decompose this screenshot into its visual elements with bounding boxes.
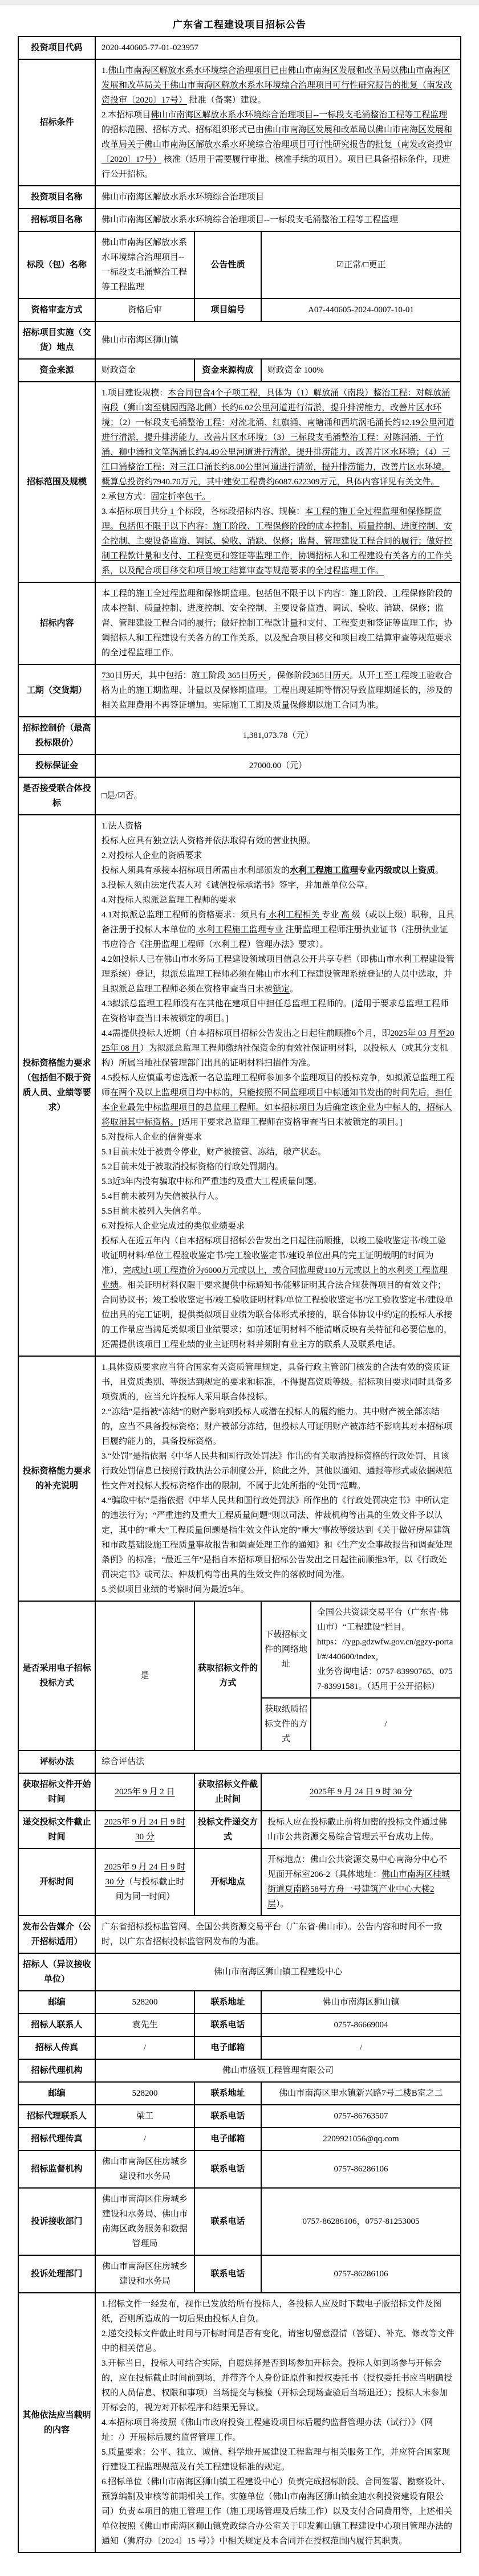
- doc-obtain-time-value1: 2025年 9 月 2 日: [95, 1773, 194, 1811]
- bid-opening-value1: 2025年 9 月 24 日 9 时 30 分（与投标截止时间为同一时间）: [95, 1848, 194, 1916]
- paragraph: 5.质量要求：公平、独立、诚信、科学地开展建设工程监理与相关服务工作，并应符合国…: [102, 2445, 454, 2475]
- electronic-bidding-label2: 获取招标文件的方式: [194, 1601, 261, 1750]
- supervision-agency-label: 招标监督机构: [18, 2150, 95, 2188]
- evaluation-method-value: 综合评估法: [95, 1750, 461, 1773]
- top-gray-strip: [0, 0, 479, 5]
- accept-consortium-value: □是/☑否。: [95, 777, 461, 815]
- paragraph: 3.“处罚”是指依据《中华人民共和国行政处罚法》作出的有关取消投标资格的行政处罚…: [102, 1449, 454, 1493]
- table-row-doc-obtain-time: 获取招标文件开始时间2025年 9 月 2 日获取招标文件截止时间2025年 9…: [18, 1773, 461, 1811]
- qualification-review-method-label: 资格审查方式: [18, 299, 95, 321]
- paragraph: 投标人应具有独立法人资格并依法取得有效的营业执照。: [102, 834, 454, 848]
- paragraph: 4.对投标人拟派总监理工程师的要求: [102, 893, 454, 908]
- agency-fax-label: 招标代理传真: [18, 2128, 95, 2150]
- agency-contact-value2: 0757-86763507: [261, 2105, 461, 2128]
- bidder-qualification-requirements-label: 投标资格能力要求（包括但不限于资质人员、业绩等要求）: [18, 815, 95, 1356]
- paper-doc-method-value: /: [311, 1698, 461, 1750]
- tender-scope-scale-label: 招标范围及规模: [18, 382, 95, 582]
- complaint-reception-value1: 佛山市南海区住房城乡建设和水务局、佛山市南海区政务服务和数据管理局: [95, 2188, 194, 2255]
- bid-opening-label: 开标时间: [18, 1848, 95, 1916]
- paragraph: 6.对投标人企业完成过的类似业绩要求: [102, 1219, 454, 1234]
- tender-agency-label: 招标代理机构: [18, 2059, 95, 2082]
- tenderer-contact-label: 招标人联系人: [18, 2014, 95, 2036]
- tenderer-contact-value1: 袁先生: [95, 2014, 194, 2036]
- table-row-qualification-supplement: 投标资格能力要求的补充说明1.具体资质要求应当符合国家有关资质管理规定，具备行政…: [18, 1356, 461, 1601]
- section-package-value1: 佛山市南海区解放水系水环境综合治理项目--一标段支毛涌整治工程等工程监理: [95, 231, 194, 299]
- paragraph: 5.类似项目业绩的考察时间为最近5年。: [102, 1582, 454, 1597]
- paragraph: 5.1目前未处于被责令停业，财产被接管、冻结，破产状态。: [102, 1145, 454, 1160]
- paragraph: 2.承包方式：固定折率包干。: [102, 489, 454, 504]
- tender-conditions-label: 招标条件: [18, 59, 95, 186]
- table-row-agency-contact: 招标代理联系人梁工联系电话0757-86763507: [18, 2105, 461, 2128]
- paragraph: 1.具体资质要求应当符合国家有关资质管理规定，具备行政主管部门核发的合法有效的资…: [102, 1360, 454, 1405]
- accept-consortium-label: 是否接受联合体投标: [18, 777, 95, 815]
- section-package-label2: 公告性质: [194, 231, 261, 299]
- tenderer-value: 佛山市南海区狮山镇工程建设中心: [95, 1953, 461, 1991]
- construction-period-label: 工期（交货期）: [18, 664, 95, 717]
- table-row-complaint-handling: 投诉处理部门佛山市南海区住房城乡建设和水务局联系电话0757-86286106: [18, 2255, 461, 2293]
- download-doc-url-label: 下载招标文件的网络地址: [261, 1601, 311, 1698]
- agency-contact-value1: 梁工: [95, 2105, 194, 2128]
- agency-postcode-label: 邮编: [18, 2082, 95, 2105]
- bid-submission-value1: 2025年 9 月 24 日 9 时 30 分: [95, 1811, 194, 1848]
- paragraph: 全国公共资源交易平台（广东省·佛山市）“工程建设”栏目。: [317, 1605, 454, 1635]
- tenderer-fax-value2: /: [261, 2036, 461, 2059]
- agency-fax-value1: /: [95, 2128, 194, 2150]
- table-row-announcement-media: 发布公告媒介（公开招标适用）广东省招标投标监管网、全国公共资源交易平台（广东省·…: [18, 1916, 461, 1953]
- qualification-supplement-value: 1.具体资质要求应当符合国家有关资质管理规定，具备行政主管部门核发的合法有效的资…: [95, 1356, 461, 1601]
- table-row-tender-control-price: 招标控制价（最高投标限价）1,381,073.78（元）: [18, 717, 461, 754]
- agency-fax-label2: 电子邮箱: [194, 2128, 261, 2150]
- paragraph: 5.5目前未被列入失信名单。: [102, 1204, 454, 1219]
- agency-postcode-value1: 528200: [95, 2082, 194, 2105]
- paragraph: 开标地点：佛山公共资源交易中心南海分中心不见面开标室206-2（具体地址：佛山市…: [267, 1852, 454, 1912]
- complaint-handling-value1: 佛山市南海区住房城乡建设和水务局: [95, 2255, 194, 2293]
- table-row-bid-opening: 开标时间2025年 9 月 24 日 9 时 30 分（与投标截止时间为同一时间…: [18, 1848, 461, 1916]
- doc-obtain-time-label2: 获取招标文件截止时间: [194, 1773, 261, 1811]
- table-row-tender-scope-scale: 招标范围及规模1.项目建设规模：本合同包含4个子项工程，具体为（1）解放涌（南段…: [18, 382, 461, 582]
- paragraph: 5.4目前未被列为失信被执行人。: [102, 1189, 454, 1204]
- investment-project-name-label: 投资项目名称: [18, 186, 95, 209]
- table-row-delivery-location: 招标项目实施（交货）地点佛山市南海区狮山镇: [18, 321, 461, 359]
- table-row-fund-source: 资金来源财政资金资金来源构成财政资金 100%: [18, 359, 461, 382]
- fund-source-label: 资金来源: [18, 359, 95, 382]
- paragraph: 4.“骗取中标”是指依据《中华人民共和国行政处罚法》所作出的《行政处罚决定书》中…: [102, 1493, 454, 1582]
- bid-submission-value2: 投标人应在投标截止前将加密的投标文件通过佛山市公共资源交易综合管理云平台成功上传…: [261, 1811, 461, 1848]
- tender-control-price-label: 招标控制价（最高投标限价）: [18, 717, 95, 754]
- tender-agency-value: 佛山市盛领工程管理有限公司: [95, 2059, 461, 2082]
- tenderer-fax-label: 招标人传真: [18, 2036, 95, 2059]
- table-row-qualification-review-method: 资格审查方式资格后审项目编号A07-440605-2024-0007-10-01: [18, 299, 461, 321]
- supervision-agency-label2: 联系电话: [194, 2150, 261, 2188]
- tender-control-price-value: 1,381,073.78（元）: [95, 717, 461, 754]
- table-row-investment-project-name: 投资项目名称佛山市南海区解放水系水环境综合治理项目: [18, 186, 461, 209]
- paragraph: 4.5投标人应慎重考虑选派一名总监理工程师参加多个监理项目的投标竞争，如拟派总监…: [102, 1071, 454, 1130]
- table-row-tender-conditions: 招标条件1.佛山市南海区解放水系水环境综合治理项目已由佛山市南海区发展和改革局以…: [18, 59, 461, 186]
- electronic-bidding-label: 是否采用电子招标投标方式: [18, 1601, 95, 1750]
- bid-opening-label2: 开标地点: [194, 1848, 261, 1916]
- fund-source-value2: 财政资金 100%: [261, 359, 461, 382]
- agency-postcode-value2: 佛山市南海区里水镇新兴路7号二楼B室之二: [261, 2082, 461, 2105]
- tenderer-postcode-value2: 佛山市南海区狮山镇: [261, 1991, 461, 2014]
- table-row-agency-fax: 招标代理传真/电子邮箱2209921056@qq.com: [18, 2128, 461, 2150]
- paragraph: 4.4需提供投标人近期（自本招标项目招标公告发出之日起往前顺推6个月，即2025…: [102, 1026, 454, 1071]
- complaint-handling-value2: 0757-86286106: [261, 2255, 461, 2293]
- tenderer-contact-value2: 0757-86669004: [261, 2014, 461, 2036]
- bid-submission-label: 递交投标文件截止时间: [18, 1811, 95, 1848]
- bid-bond-label: 投标保证金: [18, 754, 95, 777]
- construction-period-value: 730日历天，其中包括：施工阶段 365日历天 ，保修阶段365日历天。从开工至…: [95, 664, 461, 717]
- table-row-electronic-bidding: 是否采用电子招标投标方式是获取招标文件的方式下载招标文件的网络地址全国公共资源交…: [18, 1601, 461, 1698]
- paragraph: 5.2目前未处于被取消投标资格的行政处罚期内。: [102, 1160, 454, 1174]
- tender-scope-scale-value: 1.项目建设规模：本合同包含4个子项工程，具体为（1）解放涌（南段）整治工程：对…: [95, 382, 461, 582]
- table-row-agency-postcode: 邮编528200联系地址佛山市南海区里水镇新兴路7号二楼B室之二: [18, 2082, 461, 2105]
- paragraph: 2.本招标项目佛山市南海区解放水系水环境综合治理项目--一标段支毛涌整治工程等工…: [102, 108, 454, 182]
- paragraph: 3.投标人须由法定代表人对《诚信投标承诺书》签字，并加盖单位公章。: [102, 878, 454, 893]
- paragraph: 1.招标文件一经发布，视作已发放给所有投标人，各投标人应及时下载电子版招标文件及…: [102, 2297, 454, 2326]
- table-row-tenderer-fax: 招标人传真/电子邮箱/: [18, 2036, 461, 2059]
- tender-project-name-value: 佛山市南海区解放水系水环境综合治理项目--一标段支毛涌整治工程等工程监理: [95, 209, 461, 231]
- table-row-accept-consortium: 是否接受联合体投标□是/☑否。: [18, 777, 461, 815]
- table-row-tender-content: 招标内容本工程的施工全过程监理和保修期监理。包括但不限于以下内容：施工阶段、工程…: [18, 582, 461, 664]
- supervision-agency-value2: 0757-86286106: [261, 2150, 461, 2188]
- table-row-bidder-qualification-requirements: 投标资格能力要求（包括但不限于资质人员、业绩等要求）1.法人资格投标人应具有独立…: [18, 815, 461, 1356]
- tender-conditions-value: 1.佛山市南海区解放水系水环境综合治理项目已由佛山市南海区发展和改革局以佛山市南…: [95, 59, 461, 186]
- table-row-complaint-reception: 投诉接收部门佛山市南海区住房城乡建设和水务局、佛山市南海区政务服务和数据管理局联…: [18, 2188, 461, 2255]
- fund-source-label2: 资金来源构成: [194, 359, 261, 382]
- investment-project-code-label: 投资项目代码: [18, 36, 95, 59]
- qualification-review-method-value1: 资格后审: [95, 299, 194, 321]
- paragraph: 投标人须具有承接本招标项目所需由水利部颁发的水利工程施工监理专业丙级或以上资质。: [102, 863, 454, 878]
- paragraph: 投标人在近五年内（自本招标项目招标公告发出之日起往前顺推，以竣工验收鉴定书/竣工…: [102, 1234, 454, 1352]
- tender-project-name-label: 招标项目名称: [18, 209, 95, 231]
- table-row-supervision-agency: 招标监督机构佛山市南海区住房城乡建设和水务局联系电话0757-86286106: [18, 2150, 461, 2188]
- bid-bond-value: 27000.00（元）: [95, 754, 461, 777]
- paragraph: 4.本招标项目将按照《佛山市政府投资工程建设项目标后履约监督管理办法（试行）》（…: [102, 2415, 454, 2445]
- delivery-location-value: 佛山市南海区狮山镇: [95, 321, 461, 359]
- other-required-content-value: 1.招标文件一经发布，视作已发放给所有投标人，各投标人应及时下载电子版招标文件及…: [95, 2293, 461, 2553]
- paragraph: https：//ygp.gdzwfw.gov.cn/ggzy-portal/#/…: [317, 1635, 454, 1664]
- announcement-media-value: 广东省招标投标监管网、全国公共资源交易平台（广东省·佛山市）。公告内容和时间不一…: [95, 1916, 461, 1953]
- complaint-reception-label2: 联系电话: [194, 2188, 261, 2255]
- paragraph: 1.法人资格: [102, 819, 454, 834]
- paragraph: 1.佛山市南海区解放水系水环境综合治理项目已由佛山市南海区发展和改革局以佛山市南…: [102, 63, 454, 108]
- announcement-media-label: 发布公告媒介（公开招标适用）: [18, 1916, 95, 1953]
- table-row-investment-project-code: 投资项目代码2020-440605-77-01-023957: [18, 36, 461, 59]
- tender-content-label: 招标内容: [18, 582, 95, 664]
- paragraph: 1.项目建设规模：本合同包含4个子项工程，具体为（1）解放涌（南段）整治工程：对…: [102, 386, 454, 489]
- paragraph: 5.对投标人企业的信誉要求: [102, 1130, 454, 1145]
- paragraph: 2025年 9 月 2 日: [102, 1785, 188, 1799]
- section-package-value2: ☑正常/□更正: [261, 231, 461, 299]
- bid-submission-label2: 投标文件递交方式: [194, 1811, 261, 1848]
- investment-project-code-value: 2020-440605-77-01-023957: [95, 36, 461, 59]
- paragraph: 业务咨询电话：0757-83990765、0757-83991581。（适用于公…: [317, 1664, 454, 1694]
- paragraph: 4.1对拟派总监理工程师的资格要求：须具有 水利工程相关 专业 高 级（或以上级…: [102, 908, 454, 952]
- agency-postcode-label2: 联系地址: [194, 2082, 261, 2105]
- supervision-agency-value1: 佛山市南海区住房城乡建设和水务局: [95, 2150, 194, 2188]
- qualification-review-method-label2: 项目编号: [194, 299, 261, 321]
- tenderer-contact-label2: 联系电话: [194, 2014, 261, 2036]
- table-row-tenderer-contact: 招标人联系人袁先生联系电话0757-86669004: [18, 2014, 461, 2036]
- paragraph: 2025年 9 月 24 日 9 时 30 分（与投标截止时间为同一时间）: [102, 1860, 188, 1904]
- table-row-bid-bond: 投标保证金27000.00（元）: [18, 754, 461, 777]
- complaint-reception-value2: 0757-86286106，0757-81253005: [261, 2188, 461, 2255]
- tender-content-value: 本工程的施工全过程监理和保修期监理。包括但不限于以下内容：施工阶段、工程保修阶段…: [95, 582, 461, 664]
- investment-project-name-value: 佛山市南海区解放水系水环境综合治理项目: [95, 186, 461, 209]
- tenderer-postcode-label2: 联系地址: [194, 1991, 261, 2014]
- table-row-tender-agency: 招标代理机构佛山市盛领工程管理有限公司: [18, 2059, 461, 2082]
- tenderer-postcode-label: 邮编: [18, 1991, 95, 2014]
- doc-obtain-time-value2: 2025年 9 月 24 日 9 时 30 分: [261, 1773, 461, 1811]
- agency-fax-value2: 2209921056@qq.com: [261, 2128, 461, 2150]
- section-package-label: 标段（包）名称: [18, 231, 95, 299]
- table-row-section-package: 标段（包）名称佛山市南海区解放水系水环境综合治理项目--一标段支毛涌整治工程等工…: [18, 231, 461, 299]
- delivery-location-label: 招标项目实施（交货）地点: [18, 321, 95, 359]
- complaint-handling-label: 投诉处理部门: [18, 2255, 95, 2293]
- page-title: 广东省工程建设项目招标公告: [0, 17, 479, 31]
- agency-contact-label2: 联系电话: [194, 2105, 261, 2128]
- paragraph: 2025年 9 月 24 日 9 时 30 分: [102, 1815, 188, 1844]
- bid-opening-value2: 开标地点：佛山公共资源交易中心南海分中心不见面开标室206-2（具体地址：佛山市…: [261, 1848, 461, 1916]
- complaint-reception-label: 投诉接收部门: [18, 2188, 95, 2255]
- table-row-tender-project-name: 招标项目名称佛山市南海区解放水系水环境综合治理项目--一标段支毛涌整治工程等工程…: [18, 209, 461, 231]
- other-required-content-label: 其他依法应当载明的内容: [18, 2293, 95, 2553]
- download-doc-url-value: 全国公共资源交易平台（广东省·佛山市）“工程建设”栏目。https：//ygp.…: [311, 1601, 461, 1698]
- table-row-bid-submission: 递交投标文件截止时间2025年 9 月 24 日 9 时 30 分投标文件递交方…: [18, 1811, 461, 1848]
- bidder-qualification-requirements-value: 1.法人资格投标人应具有独立法人资格并依法取得有效的营业执照。2.对投标人企业的…: [95, 815, 461, 1356]
- tenderer-label: 招标人（异议接收单位）: [18, 1953, 95, 1991]
- tenderer-fax-value1: /: [95, 2036, 194, 2059]
- paragraph: 5.3近3年内没有骗取中标和严重违约及重大工程质量问题。: [102, 1174, 454, 1189]
- paragraph: 4.3拟派总监理工程师没有在其他在建项目中担任总监理工程师的。[适用于要求总监理…: [102, 997, 454, 1026]
- paragraph: 4.2如投标人已在佛山市水务局工程建设领域项目信息公开共享专栏（即佛山市水利工程…: [102, 952, 454, 997]
- table-row-evaluation-method: 评标办法综合评估法: [18, 1750, 461, 1773]
- paragraph: 2.对投标人企业的资质要求: [102, 848, 454, 863]
- announcement-table: 投资项目代码2020-440605-77-01-023957招标条件1.佛山市南…: [18, 36, 461, 2553]
- paragraph: 6.招标单位（佛山市南海区狮山镇工程建设中心）负责完成招标阶段、合同签署、勘察设…: [102, 2475, 454, 2549]
- complaint-handling-label2: 联系电话: [194, 2255, 261, 2293]
- agency-contact-label: 招标代理联系人: [18, 2105, 95, 2128]
- evaluation-method-label: 评标办法: [18, 1750, 95, 1773]
- paper-doc-method-label: 获取纸质招标文件的方式: [261, 1698, 311, 1750]
- table-row-tenderer: 招标人（异议接收单位）佛山市南海区狮山镇工程建设中心: [18, 1953, 461, 1991]
- electronic-bidding-value: 是: [95, 1601, 194, 1750]
- table-row-construction-period: 工期（交货期）730日历天，其中包括：施工阶段 365日历天 ，保修阶段365日…: [18, 664, 461, 717]
- paragraph: 3.开标当日，投标人可结合实际，自愿选择是否到场参加开标会。投标人如到场参与开标…: [102, 2356, 454, 2415]
- table-row-tenderer-postcode: 邮编528200联系地址佛山市南海区狮山镇: [18, 1991, 461, 2014]
- qualification-review-method-value2: A07-440605-2024-0007-10-01: [261, 299, 461, 321]
- paragraph: 730日历天，其中包括：施工阶段 365日历天 ，保修阶段365日历天。从开工至…: [102, 668, 454, 713]
- paragraph: 2025年 9 月 24 日 9 时 30 分: [267, 1785, 454, 1799]
- tenderer-fax-label2: 电子邮箱: [194, 2036, 261, 2059]
- table-row-other-required-content: 其他依法应当载明的内容1.招标文件一经发布，视作已发放给所有投标人，各投标人应及…: [18, 2293, 461, 2553]
- paragraph: 3.本招标项目共分 1 个标段，各标段招标内容、规模：本工程的施工全过程监理和保…: [102, 504, 454, 578]
- paragraph: 2.“冻结”是指被“冻结”的财产影响到投标人或潜在投标人的履约能力。其中财产被全…: [102, 1405, 454, 1449]
- doc-obtain-time-label: 获取招标文件开始时间: [18, 1773, 95, 1811]
- qualification-supplement-label: 投标资格能力要求的补充说明: [18, 1356, 95, 1601]
- tenderer-postcode-value1: 528200: [95, 1991, 194, 2014]
- fund-source-value1: 财政资金: [95, 359, 194, 382]
- paragraph: 2.递交投标文件截止时间与开标时间是否有变化，请密切留意澄清（答疑）、补充、修改…: [102, 2326, 454, 2356]
